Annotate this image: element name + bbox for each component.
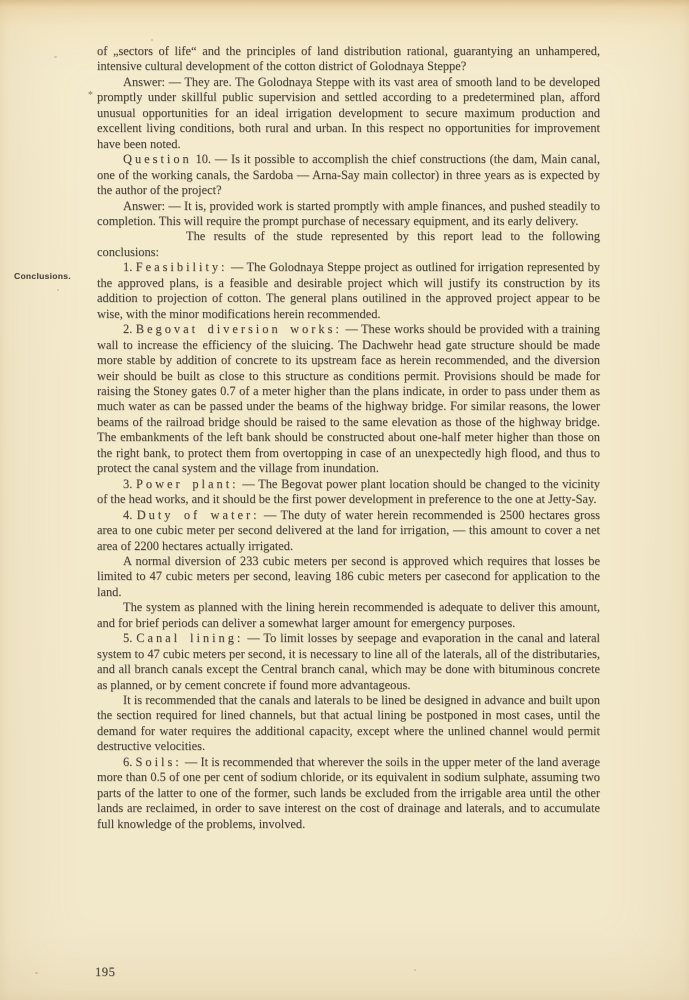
paragraph-item-3-power-plant: 3. Power plant: — The Begovat power plan… (97, 477, 600, 508)
spaced-heading: Begovat diversion works: (136, 322, 342, 336)
paper-speck (414, 969, 416, 971)
text-segment: Answer: — They are. The Golodnaya Steppe… (97, 75, 600, 151)
margin-note-conclusions: Conclusions. (14, 271, 71, 281)
paper-speck (54, 56, 57, 58)
paragraph-lining-recommendation: It is recommended that the canals and la… (97, 693, 600, 755)
text-segment: A normal diversion of 233 cubic meters p… (97, 554, 600, 599)
spaced-heading: Feasibility: (136, 260, 228, 274)
scanned-page: * Conclusions. of „sectors of life“ and … (0, 0, 689, 1000)
paragraph-answer-10: Answer: — It is, provided work is starte… (97, 199, 600, 230)
text-segment: 1. (123, 260, 136, 274)
text-segment: The results of the stude represented by … (97, 229, 600, 258)
text-segment: It is recommended that the canals and la… (97, 693, 600, 753)
text-segment: of „sectors of life“ and the principles … (97, 44, 600, 73)
text-segment: 5. (123, 631, 136, 645)
paragraph-item-6-soils: 6. Soils: — It is recommended that where… (97, 755, 600, 832)
spaced-heading: Duty of water: (137, 508, 260, 522)
paragraph-conclusions-lead: The results of the stude represented by … (97, 229, 600, 260)
text-segment: 4. (123, 508, 137, 522)
paragraph-item-5-canal-lining: 5. Canal lining: — To limit losses by se… (97, 631, 600, 693)
spaced-heading: Canal lining: (136, 631, 243, 645)
paragraph-item-4-duty-of-water: 4. Duty of water: — The duty of water he… (97, 508, 600, 554)
paragraph-question-10: Question 10. — Is it possible to accompl… (97, 152, 600, 198)
print-artifact-asterisk: * (88, 90, 93, 101)
paragraph-item-2-begovat-diversion-works: 2. Begovat diversion works: — These work… (97, 322, 600, 477)
page-number: 195 (95, 965, 115, 980)
paragraph-normal-diversion: A normal diversion of 233 cubic meters p… (97, 554, 600, 600)
text-segment: 2. (123, 322, 136, 336)
text-segment: 6. (123, 755, 135, 769)
paragraph-continuation: of „sectors of life“ and the principles … (97, 44, 600, 75)
text-segment: Answer: — It is, provided work is starte… (97, 199, 600, 228)
text-segment: The system as planned with the lining he… (97, 600, 600, 629)
text-column: of „sectors of life“ and the principles … (97, 44, 600, 832)
paper-speck (151, 39, 153, 41)
paragraph-item-1-feasibility: 1. Feasibility: — The Golodnaya Steppe p… (97, 260, 600, 322)
spaced-heading: Question (123, 152, 192, 166)
paper-speck (35, 972, 38, 974)
spaced-heading: Power plant: (136, 477, 239, 491)
paper-speck (57, 289, 59, 291)
paragraph-system-as-planned: The system as planned with the lining he… (97, 600, 600, 631)
text-segment: — These works should be provided with a … (97, 322, 600, 475)
paragraph-answer-9: Answer: — They are. The Golodnaya Steppe… (97, 75, 600, 152)
spaced-heading: Soils: (135, 755, 181, 769)
text-segment: 3. (123, 477, 136, 491)
